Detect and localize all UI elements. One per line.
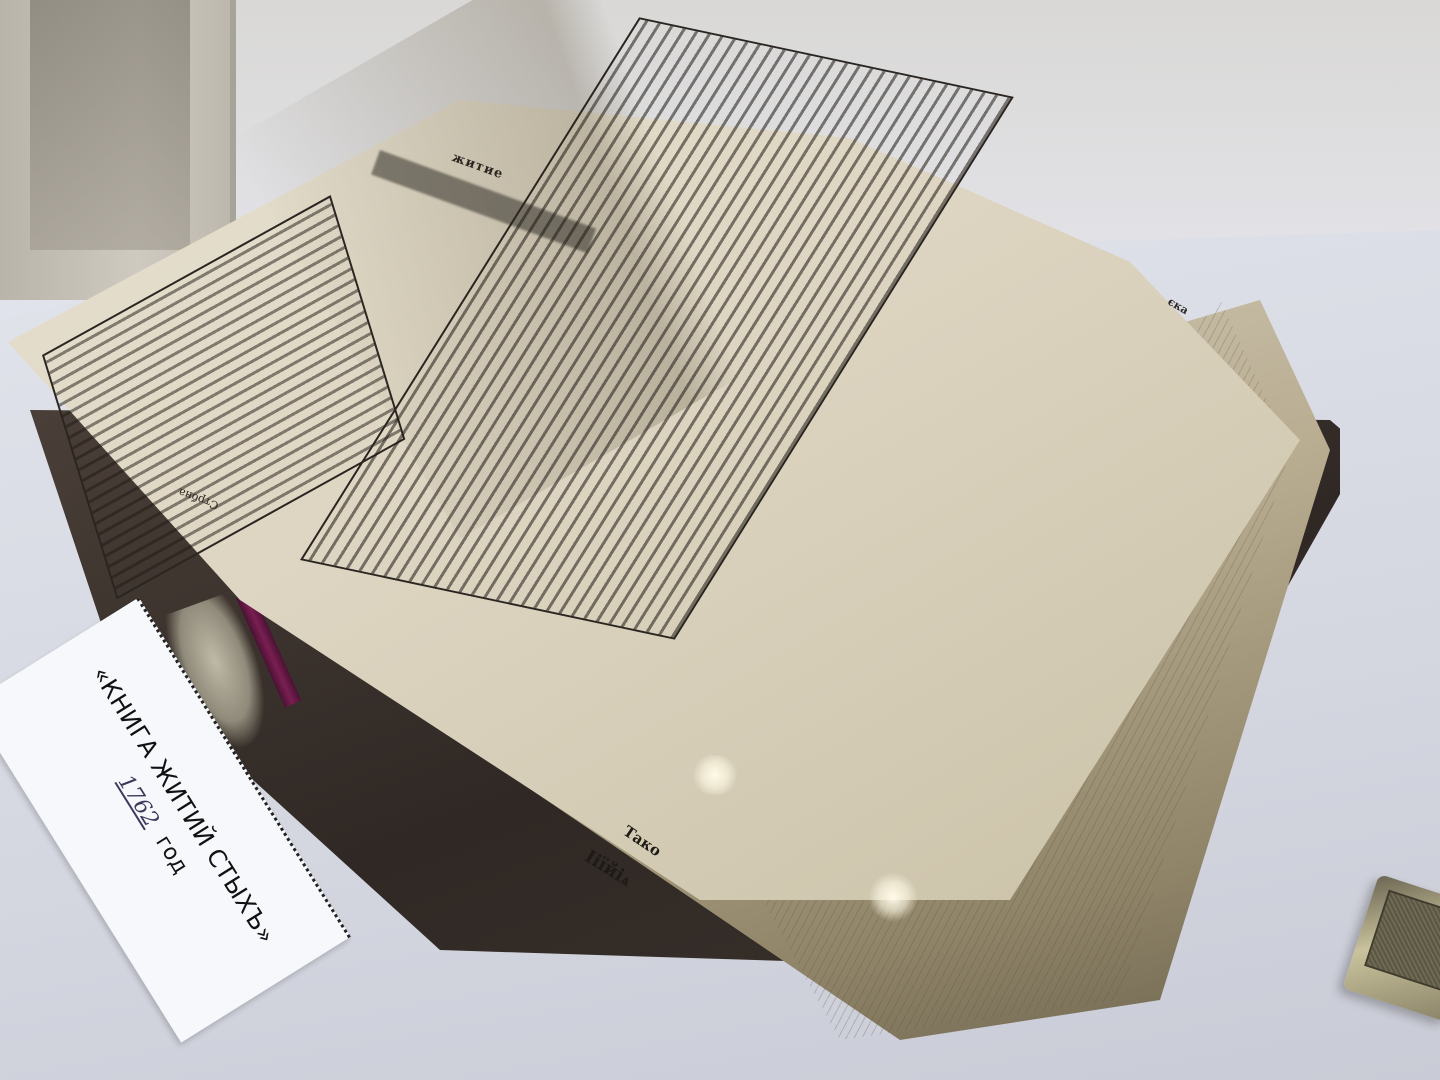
engraved-panel — [1364, 890, 1440, 993]
display-case-window — [30, 0, 190, 250]
glass-reflection — [868, 872, 918, 922]
exhibit-year-suffix: год — [150, 831, 193, 878]
glass-reflection — [690, 755, 740, 795]
